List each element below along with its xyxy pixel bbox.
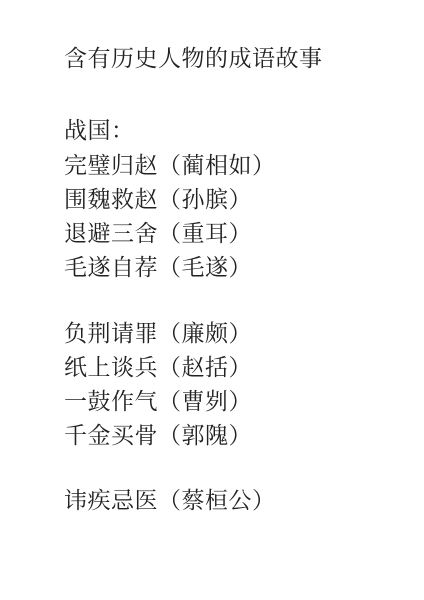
idiom-line: 退避三舍（重耳） bbox=[64, 219, 252, 249]
idiom-line: 围魏救赵（孙膑） bbox=[64, 185, 252, 215]
document-title: 含有历史人物的成语故事 bbox=[64, 44, 323, 74]
idiom-line: 讳疾忌医（蔡桓公） bbox=[64, 486, 276, 516]
idiom-line: 负荆请罪（廉颇） bbox=[64, 319, 252, 349]
section-heading: 战国： bbox=[64, 116, 135, 146]
idiom-line: 纸上谈兵（赵括） bbox=[64, 353, 252, 383]
idiom-line: 毛遂自荐（毛遂） bbox=[64, 253, 252, 283]
idiom-line: 千金买骨（郭隗） bbox=[64, 421, 252, 451]
idiom-line: 一鼓作气（曹刿） bbox=[64, 387, 252, 417]
idiom-line: 完璧归赵（蔺相如） bbox=[64, 151, 276, 181]
